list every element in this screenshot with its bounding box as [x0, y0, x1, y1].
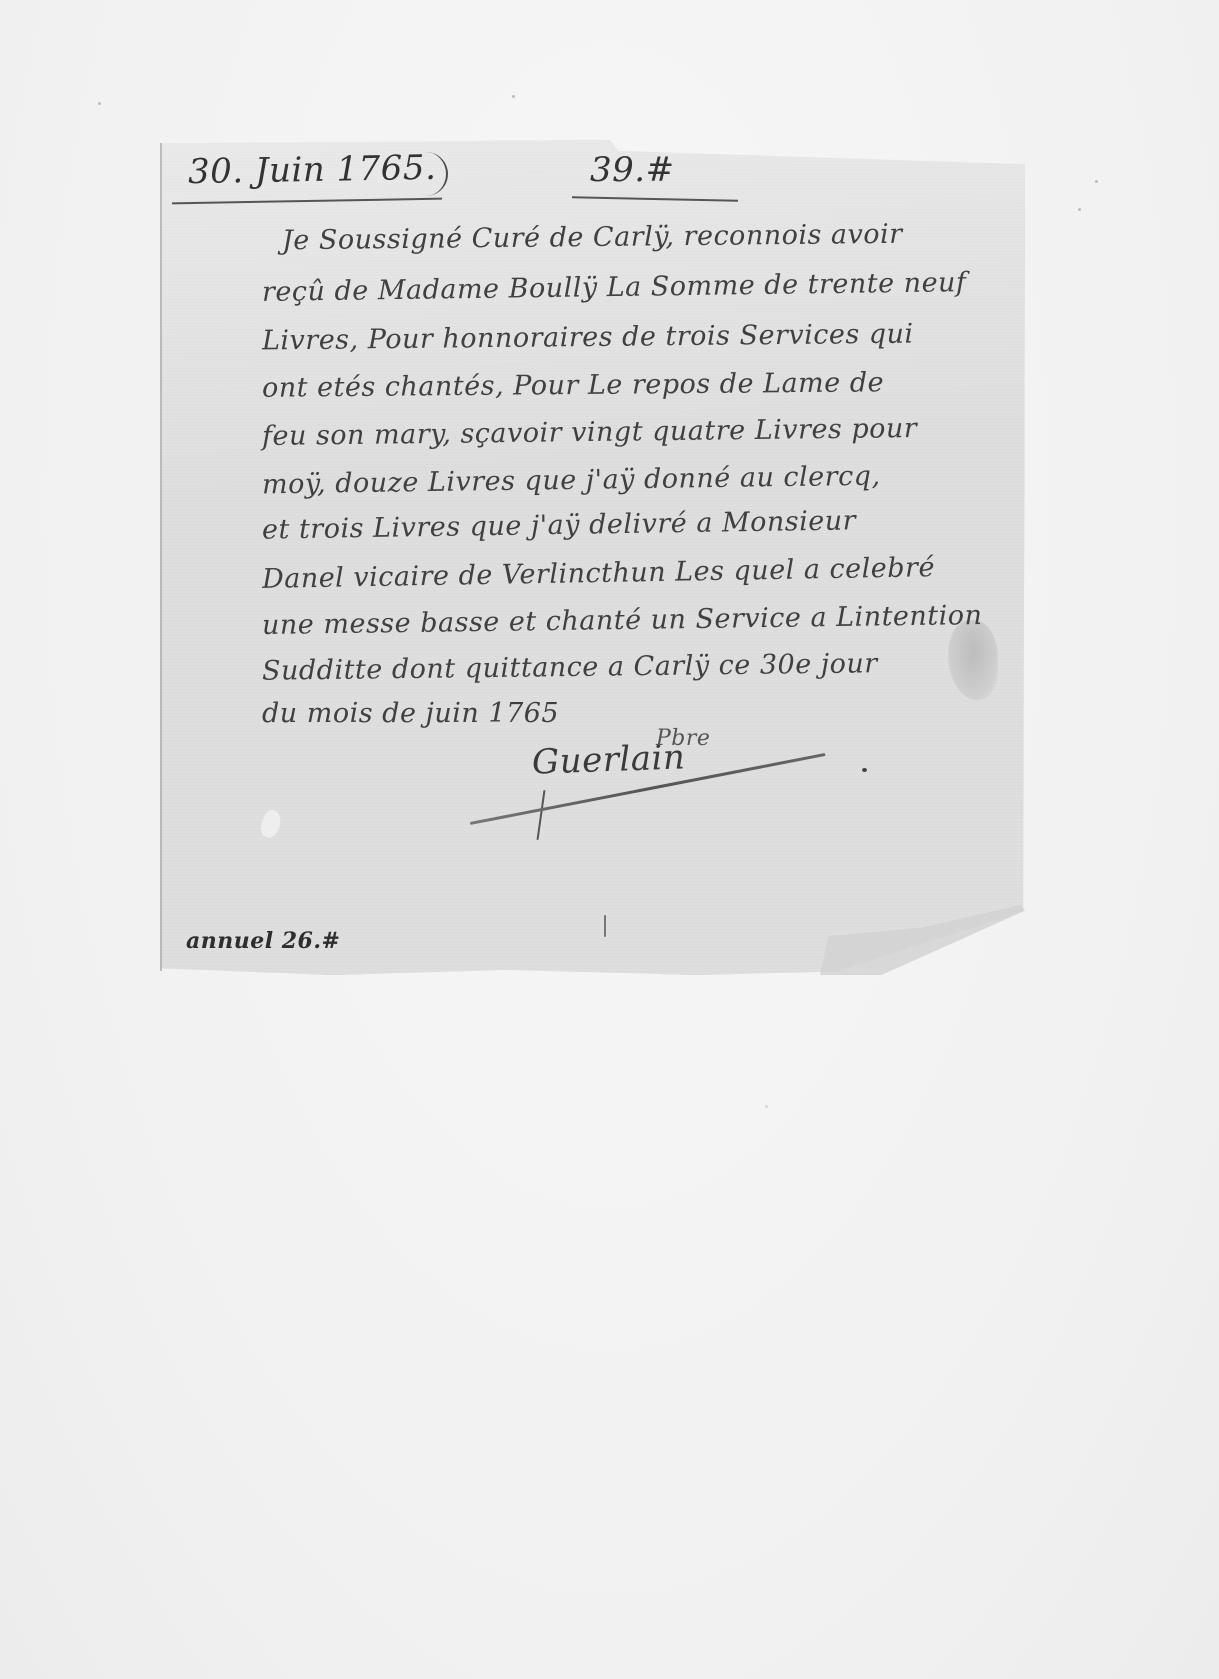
body-line-1: Je Soussigné Curé de Carlÿ, reconnois av…	[282, 219, 903, 256]
signature-title: Pbre	[656, 726, 710, 751]
dust-speck	[512, 95, 515, 98]
dust-speck	[98, 102, 101, 105]
ink-dot	[604, 915, 606, 937]
margin-annotation: annuel 26.#	[186, 928, 340, 954]
ink-dot	[862, 768, 867, 772]
header-amount: 39.#	[590, 150, 675, 190]
dust-speck	[1095, 180, 1098, 183]
body-line-4: ont etés chantés, Pour Le repos de Lame …	[262, 367, 884, 403]
body-line-11: du mois de juin 1765	[262, 698, 559, 729]
paper-left-edge	[160, 143, 162, 971]
dust-speck	[765, 1105, 768, 1108]
dust-speck	[1078, 208, 1081, 211]
header-date: 30. Juin 1765.	[188, 148, 437, 192]
